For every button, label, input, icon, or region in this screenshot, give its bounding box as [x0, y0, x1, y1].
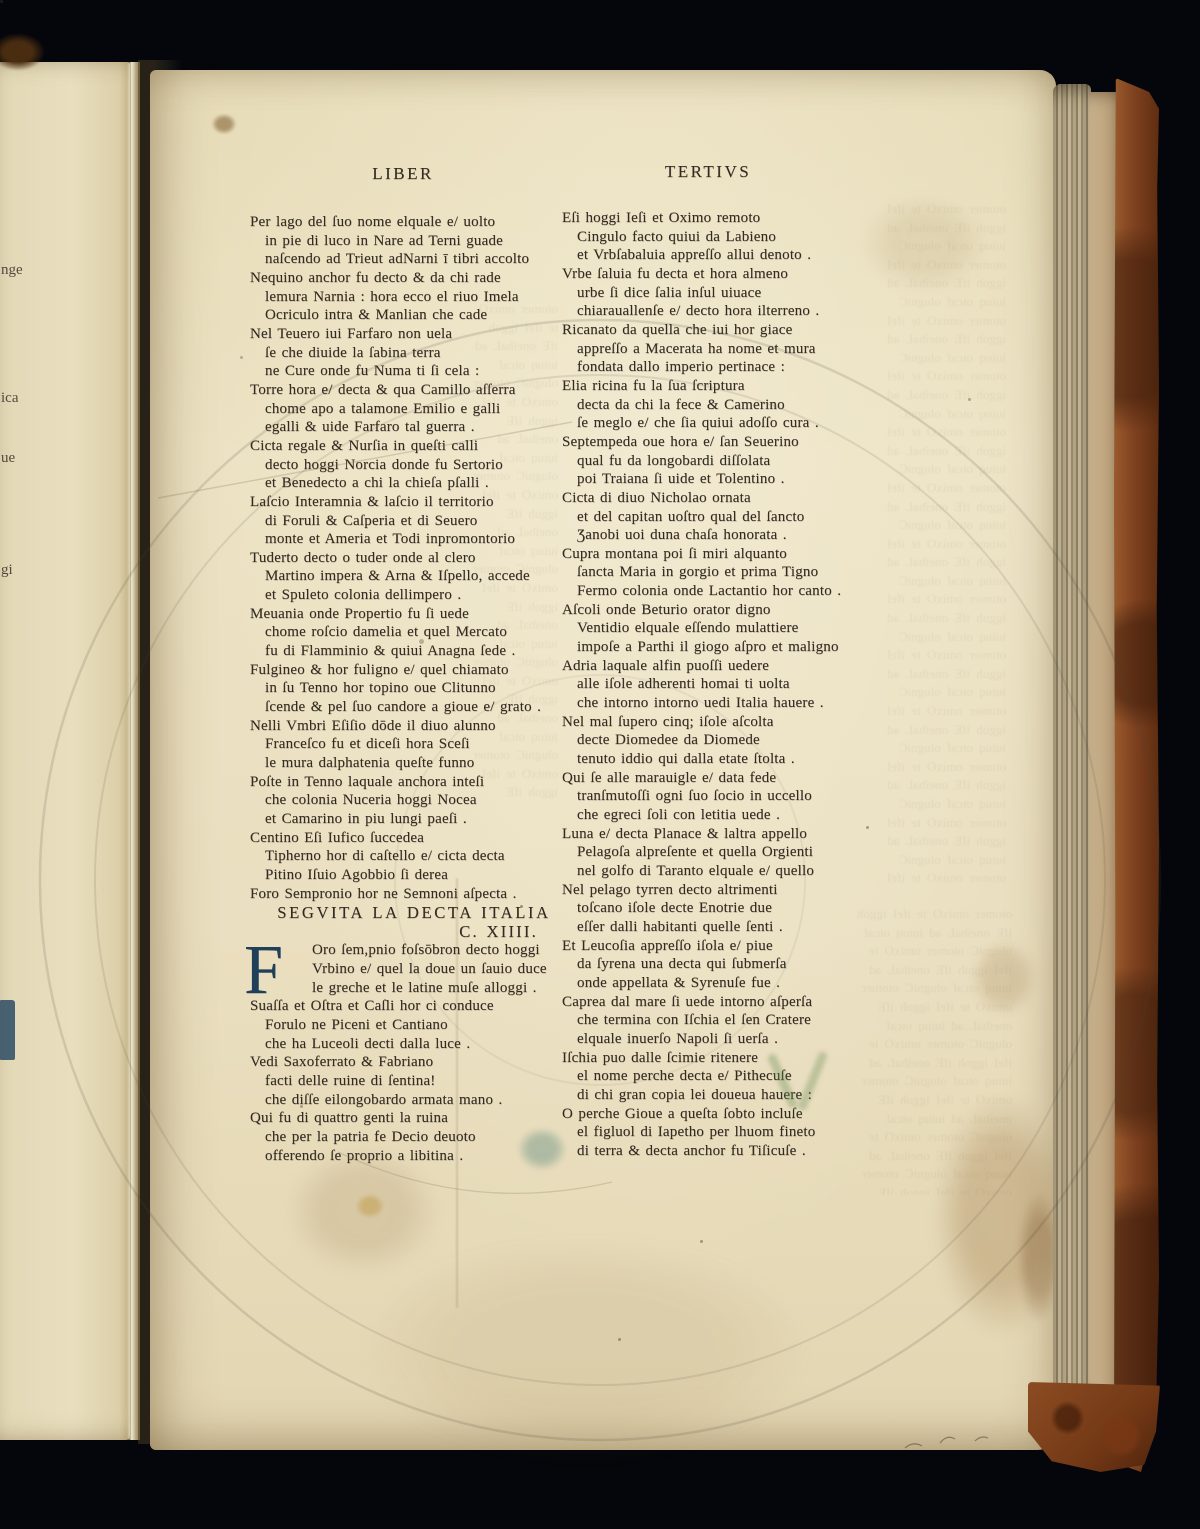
text-line: el figluol di Iapetho per lhuom fineto [562, 1123, 872, 1142]
facing-page-text-fragment: nge [1, 262, 23, 279]
text-line: Caprea dal mare ſi uede intorno aſperſa [562, 993, 872, 1012]
facing-page-text-fragment: ica [1, 390, 18, 407]
text-line: el nome perche decta e/ Pithecuſe [562, 1067, 872, 1086]
text-line: Luna e/ decta Planace & laltra appello [562, 825, 872, 844]
text-line: Oro ſem,pnio foſsōbron decto hoggi [250, 941, 572, 960]
text-line: di terra & decta anchor fu Tiſicuſe . [562, 1142, 872, 1161]
text-line: che diſſe eilongobardo armata mano . [250, 1091, 572, 1110]
text-line: offerendo ſe proprio a libitina . [250, 1147, 572, 1166]
facing-page-sliver: ngeicauegi [0, 62, 130, 1440]
text-line: chiarauallenſe e/ decto hora ilterreno . [562, 302, 872, 321]
chapter-xiiii-block: F Oro ſem,pnio foſsōbron decto hoggiVrbi… [250, 941, 572, 1165]
text-line: che intorno intorno uedi Italia hauere . [562, 694, 872, 713]
facing-page-blue-initial-fragment [0, 1000, 15, 1060]
text-line: Suaſſa et Oſtra et Caſli hor ci conduce [250, 997, 572, 1016]
text-line: Vrbe ſaluia fu decta et hora almeno [562, 265, 872, 284]
text-line: ſancta Maria in gorgio et prima Tigno [562, 563, 872, 582]
text-line: Elia ricina fu la ſua ſcriptura [562, 377, 872, 396]
text-line: che ha Luceoli decti dalla luce . [250, 1035, 572, 1054]
text-line: eſſer dalli habitanti quelle ſenti . [562, 918, 872, 937]
text-line: Fermo colonia onde Lactantio hor canto . [562, 582, 872, 601]
text-line: Vedi Saxoferrato & Fabriano [250, 1053, 572, 1072]
text-line: in pie di luco in Nare ad Terni guade [250, 232, 572, 251]
text-line: decta da chi la fece & Camerino [562, 396, 872, 415]
fore-edge-pages [1053, 84, 1091, 1436]
text-line: Tipherno hor di caſtello e/ cicta decta [250, 847, 572, 866]
bleedthrough-text: otomer omixO te ifeI iggoh ifE oneibaL a… [852, 905, 1012, 1195]
right-column-verses: Eſi hoggi Ieſi et Oximo remotoCingulo fa… [562, 209, 872, 1160]
text-line: Aſcoli onde Beturio orator digno [562, 601, 872, 620]
text-line: fondata dallo imperio pertinace : [562, 358, 872, 377]
leather-cover [1114, 78, 1159, 1472]
text-line: Foro Sempronio hor ne Semnoni aſpecta . [250, 885, 572, 904]
text-line: di chi gran copia lei doueua hauere : [562, 1086, 872, 1105]
photo-background: ngeicauegi LIBER TERTIVS Per lago del ſu… [0, 0, 1200, 1529]
text-line: decte Diomedee da Diomede [562, 731, 872, 750]
text-line: da ſyrena una decta qui ſubmerſa [562, 955, 872, 974]
text-line: Centino Eſi Iufico ſuccedea [250, 829, 572, 848]
foxing-specks [0, 0, 3, 3]
text-line: tenuto iddio qui dalla etate ſtolta . [562, 750, 872, 769]
text-line: tranſmutoſſi ogni ſuo ſocio in uccello [562, 787, 872, 806]
text-line: Qui ſe alle marauigle e/ data fede [562, 769, 872, 788]
bleedthrough-text: otomer omixO te ifeI iggoh ifE oneibaL a… [470, 300, 558, 800]
page-block-band [1089, 92, 1117, 1437]
text-line: qual fu da longobardi diſſolata [562, 452, 872, 471]
text-line: che per la patria fe Decio deuoto [250, 1128, 572, 1147]
section-heading: SEGVITA LA DECTA ITALIA [250, 903, 572, 922]
text-line: toſcano iſole decte Enotrie due [562, 899, 872, 918]
text-line: Cupra montana poi ſi miri alquanto [562, 545, 872, 564]
text-line: facti delle ruine di ſentina! [250, 1072, 572, 1091]
text-line: Ventidio elquale eſſendo mulattiere [562, 619, 872, 638]
text-line: Per lago del ſuo nome elquale e/ uolto [250, 213, 572, 232]
text-line: et Camarino in piu lungi paeſi . [250, 810, 572, 829]
text-line: alle iſole adherenti homai ti uolta [562, 675, 872, 694]
text-line: Adria laquale alfin puoſſi uedere [562, 657, 872, 676]
illuminated-initial-F: F [244, 942, 283, 1000]
text-line: che termina con Iſchia el ſen Cratere [562, 1011, 872, 1030]
text-line: Nel pelago tyrren decto altrimenti [562, 881, 872, 900]
left-column-verses-after: Oro ſem,pnio foſsōbron decto hoggiVrbino… [250, 941, 572, 1165]
text-line: urbe ſi dice ſalia inſul uiuace [562, 284, 872, 303]
text-line: Ricanato da quella che iui hor giace [562, 321, 872, 340]
text-line: naſcendo ad Trieut adNarni ī tibri accol… [250, 250, 572, 269]
text-line: Forulo ne Piceni et Cantiano [250, 1016, 572, 1035]
leather-cover-corner [1028, 1382, 1160, 1472]
text-line: impoſe a Parthi il giogo aſpro et malign… [562, 638, 872, 657]
bleedthrough-text: otomer omixO te ifeI iggoh ifE oneibaL a… [856, 200, 1006, 890]
text-line: Qui fu di quattro genti la ruina [250, 1109, 572, 1128]
text-line: Cingulo facto quiui da Labieno [562, 228, 872, 247]
text-line: et Vrbſabaluia appreſſo allui denoto . [562, 246, 872, 265]
text-line: Nel mal ſupero cinq; iſole aſcolta [562, 713, 872, 732]
facing-page-text-fragment: ue [1, 450, 15, 467]
text-line: che egreci ſoli con letitia uede . [562, 806, 872, 825]
text-line: et del capitan uoſtro qual del ſancto [562, 508, 872, 527]
text-line: Septempeda oue hora e/ ſan Seuerino [562, 433, 872, 452]
text-line: onde appellata & Syrenuſe fue . [562, 974, 872, 993]
text-line: appreſſo a Macerata ha nome et mura [562, 340, 872, 359]
running-head-tertius: TERTIVS [628, 162, 788, 182]
text-line: Pitino Iſuio Agobbio ſi derea [250, 866, 572, 885]
text-line: poi Traiana ſi uide et Tolentino . [562, 470, 872, 489]
text-line: nel golfo di Taranto elquale e/ quello [562, 862, 872, 881]
text-line: Vrbino e/ quel la doue un ſauio duce [250, 960, 572, 979]
text-line: Cicta di diuo Nicholao ornata [562, 489, 872, 508]
text-column-right: Eſi hoggi Ieſi et Oximo remotoCingulo fa… [562, 209, 872, 1160]
text-line: elquale inuerſo Napoli ſi uerſa . [562, 1030, 872, 1049]
text-line: Et Leucoſia appreſſo iſola e/ piue [562, 937, 872, 956]
text-line: Ʒanobi uoi duna chaſa honorata . [562, 526, 872, 545]
running-head-liber: LIBER [328, 164, 478, 184]
facing-page-text-fragment: gi [1, 562, 13, 579]
text-line: ſe meglo e/ che ſia quiui adoſſo cura . [562, 414, 872, 433]
text-line: Nequino anchor fu decto & da chi rade [250, 269, 572, 288]
section-chapter-number: C. XIIII. [250, 922, 572, 941]
text-line: Iſchia puo dalle ſcimie ritenere [562, 1049, 872, 1068]
text-line: O perche Gioue a queſta ſobto incluſe [562, 1105, 872, 1124]
text-line: Eſi hoggi Ieſi et Oximo remoto [562, 209, 872, 228]
text-line: Pelagoſa alpreſente et quella Orgienti [562, 843, 872, 862]
text-line: le greche et le latine muſe alloggi . [250, 979, 572, 998]
